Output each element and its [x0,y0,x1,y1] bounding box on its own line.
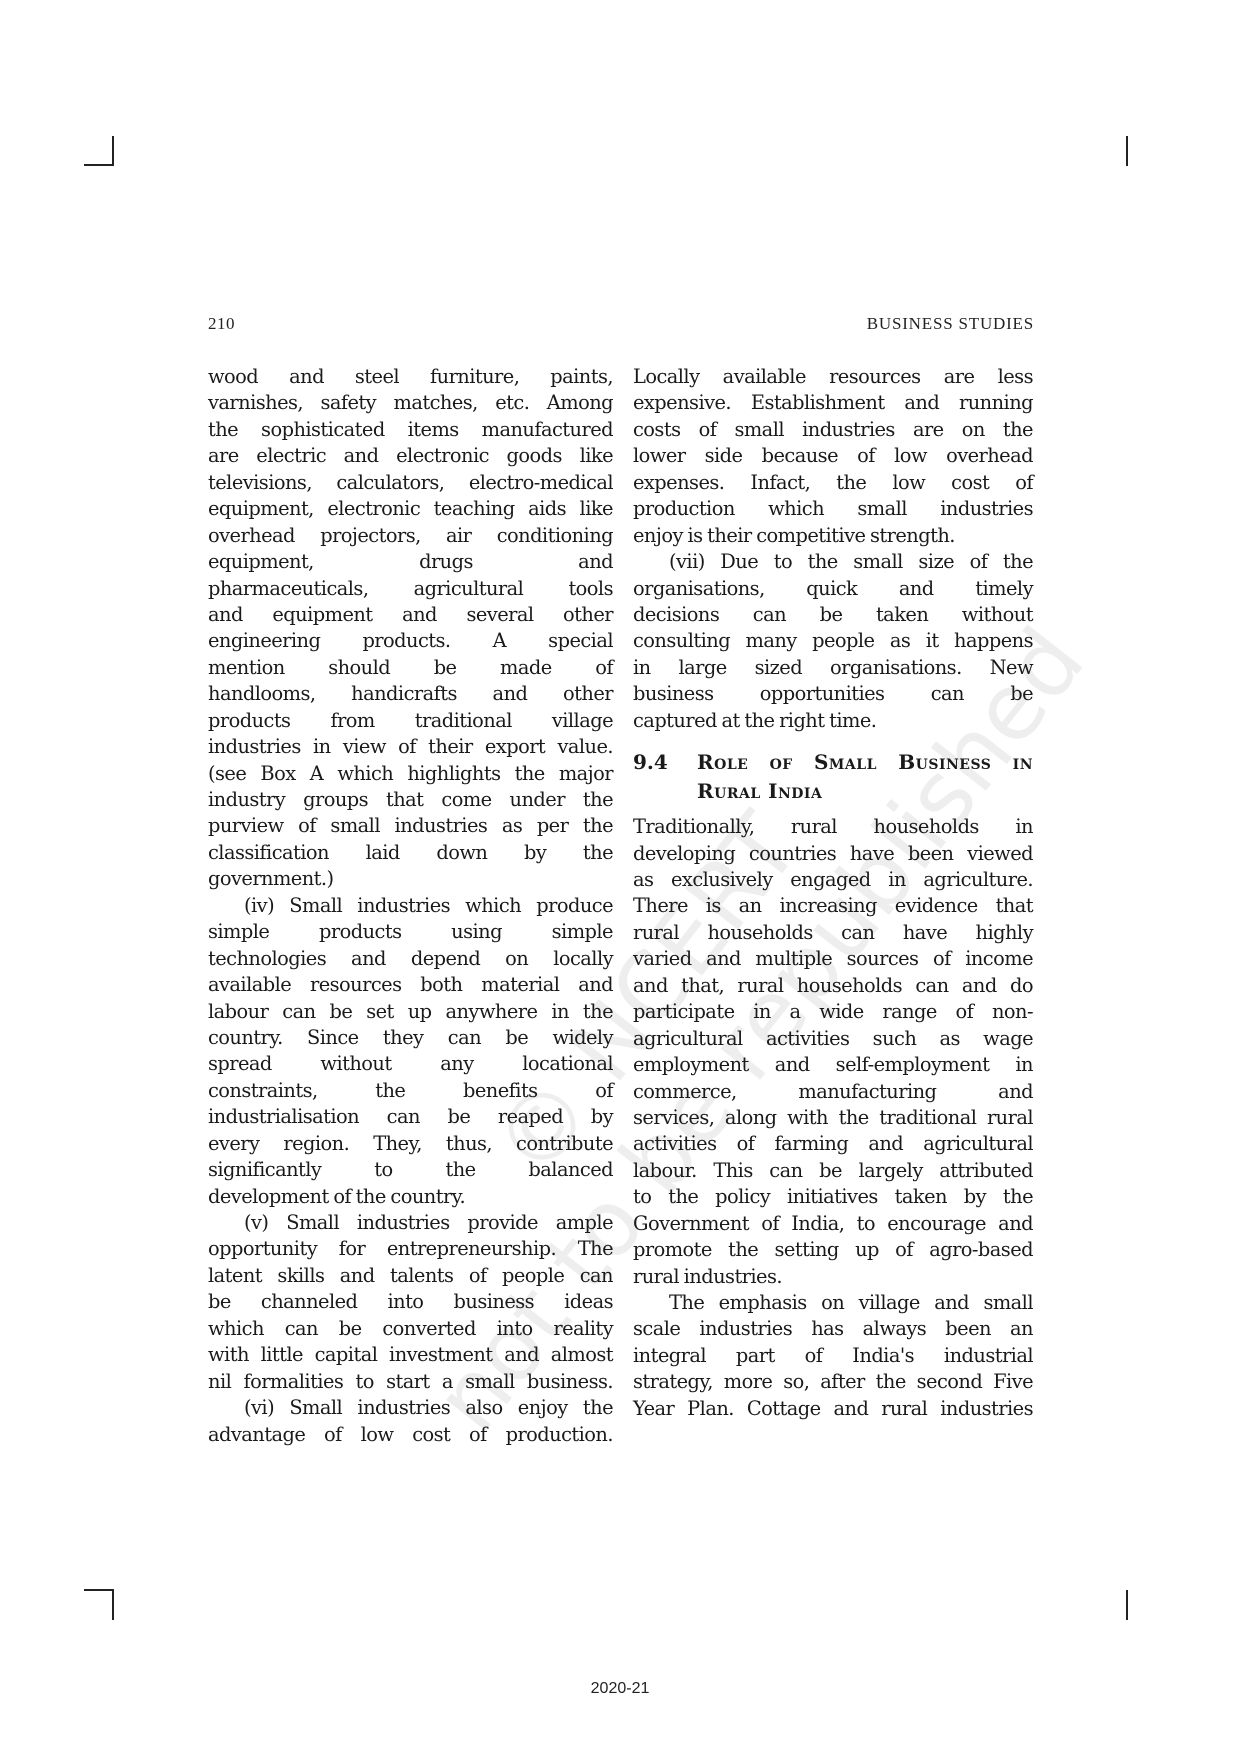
running-title: BUSINESS STUDIES [867,314,1034,334]
text-line: integral part of India's industrial [633,1343,1033,1369]
text-line: rural households can have highly [633,920,1033,946]
text-line: production which small industries [633,496,1033,522]
text-line: handlooms, handicrafts and other [208,681,613,707]
text-line: advantage of low cost of production. [208,1422,613,1448]
crop-mark-bottom-left-vertical [112,1589,114,1620]
text-line: (see Box A which highlights the major [208,761,613,787]
crop-mark-bottom-right-vertical [1126,1590,1128,1620]
text-line: country. Since they can be widely [208,1025,613,1051]
text-line: Year Plan. Cottage and rural industries [633,1396,1033,1422]
text-line: purview of small industries as per the [208,813,613,839]
left-column: wood and steel furniture, paints, varnis… [208,364,613,1448]
text-line: nil formalities to start a small busines… [208,1369,613,1395]
text-line: labour can be set up anywhere in the [208,999,613,1025]
crop-mark-top-left-horizontal [84,164,114,166]
text-line: as exclusively engaged in agriculture. [633,867,1033,893]
text-line: employment and self-employment in [633,1052,1033,1078]
list-item-iv: (iv) Small industries which produce [208,893,613,919]
text-line: government.) [208,866,613,892]
text-line: overhead projectors, air conditioning [208,523,613,549]
right-column: Locally available resources are less exp… [633,364,1033,1422]
text-line: with little capital investment and almos… [208,1342,613,1368]
list-item-v: (v) Small industries provide ample [208,1210,613,1236]
text-line: Traditionally, rural households in [633,814,1033,840]
text-line: lower side because of low overhead [633,443,1033,469]
text-line: engineering products. A special [208,628,613,654]
text-line: be channeled into business ideas [208,1289,613,1315]
text-line: are electric and electronic goods like [208,443,613,469]
text-line: televisions, calculators, electro-medica… [208,470,613,496]
text-line: participate in a wide range of non- [633,999,1033,1025]
section-heading: 9.4 Role of Small Business in Rural Indi… [633,748,1033,806]
text-line: business opportunities can be [633,681,1033,707]
text-line: scale industries has always been an [633,1316,1033,1342]
text-line: varnishes, safety matches, etc. Among [208,390,613,416]
text-line: opportunity for entrepreneurship. The [208,1236,613,1262]
text-line: strategy, more so, after the second Five [633,1369,1033,1395]
text-line: every region. They, thus, contribute [208,1131,613,1157]
section-number: 9.4 [633,748,697,806]
crop-mark-top-left-vertical [112,136,114,166]
text-line: industry groups that come under the [208,787,613,813]
text-line: latent skills and talents of people can [208,1263,613,1289]
text-line: mention should be made of [208,655,613,681]
text-line: services, along with the traditional rur… [633,1105,1033,1131]
footer-year: 2020-21 [0,1680,1240,1698]
text-line: constraints, the benefits of [208,1078,613,1104]
text-line: to the policy initiatives taken by the [633,1184,1033,1210]
text-line: Government of India, to encourage and [633,1211,1033,1237]
text-line: organisations, quick and timely [633,576,1033,602]
text-line: equipment, drugs and [208,549,613,575]
text-line: developing countries have been viewed [633,841,1033,867]
text-line: Locally available resources are less [633,364,1033,390]
text-line: rural industries. [633,1264,1033,1290]
text-line: commerce, manufacturing and [633,1079,1033,1105]
text-line: agricultural activities such as wage [633,1026,1033,1052]
text-line: simple products using simple [208,919,613,945]
page-number: 210 [208,314,235,334]
text-line: and that, rural households can and do [633,973,1033,999]
text-line: wood and steel furniture, paints, [208,364,613,390]
text-line: captured at the right time. [633,708,1033,734]
text-line: pharmaceuticals, agricultural tools [208,576,613,602]
list-item-vi: (vi) Small industries also enjoy the [208,1395,613,1421]
text-line: varied and multiple sources of income [633,946,1033,972]
text-line: spread without any locational [208,1051,613,1077]
text-line: expensive. Establishment and running [633,390,1033,416]
text-line: significantly to the balanced [208,1157,613,1183]
section-title: Role of Small Business in Rural India [697,748,1033,806]
text-line: There is an increasing evidence that [633,893,1033,919]
text-line: The emphasis on village and small [633,1290,1033,1316]
text-line: consulting many people as it happens [633,628,1033,654]
section-title-line-1: Role of Small Business in [697,748,1033,777]
text-line: technologies and depend on locally [208,946,613,972]
text-line: decisions can be taken without [633,602,1033,628]
text-line: development of the country. [208,1184,613,1210]
text-line: equipment, electronic teaching aids like [208,496,613,522]
text-line: industries in view of their export value… [208,734,613,760]
text-line: labour. This can be largely attributed [633,1158,1033,1184]
text-line: activities of farming and agricultural [633,1131,1033,1157]
list-item-vii: (vii) Due to the small size of the [633,549,1033,575]
text-line: products from traditional village [208,708,613,734]
text-line: costs of small industries are on the [633,417,1033,443]
crop-mark-bottom-left-horizontal [84,1589,114,1591]
crop-mark-top-right-vertical [1126,136,1128,166]
text-line: industrialisation can be reaped by [208,1104,613,1130]
text-line: and equipment and several other [208,602,613,628]
text-line: in large sized organisations. New [633,655,1033,681]
text-line: the sophisticated items manufactured [208,417,613,443]
text-line: classification laid down by the [208,840,613,866]
text-line: promote the setting up of agro-based [633,1237,1033,1263]
text-line: available resources both material and [208,972,613,998]
text-line: which can be converted into reality [208,1316,613,1342]
text-line: enjoy is their competitive strength. [633,523,1033,549]
section-title-line-2: Rural India [697,777,1033,806]
text-line: expenses. Infact, the low cost of [633,470,1033,496]
